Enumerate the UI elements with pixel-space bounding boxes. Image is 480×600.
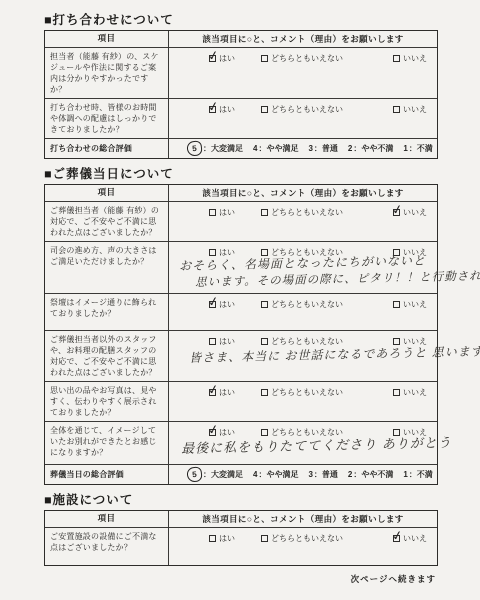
rating-5[interactable]: 5：大変満足 (187, 467, 243, 482)
option-neutral: どちらともいえない (261, 299, 343, 310)
option-neutral: どちらともいえない (261, 207, 343, 218)
option-no-label: いいえ (403, 533, 427, 544)
option-yes: はい (209, 207, 235, 218)
question-row-staff-response: ご葬儀担当者（能藤 有紗）の対応で、ご不安やご不満に思われた点はございましたか？… (45, 201, 437, 241)
checkbox-yes[interactable] (209, 338, 216, 345)
options-row: はい どちらともいえない いいえ (173, 384, 433, 398)
rating-5[interactable]: 5：大変満足 (187, 141, 243, 156)
continue-note: 次ページへ続きます (44, 573, 438, 585)
table-header-row: 項目 該当項目に○と、コメント（理由）をお願いします (45, 185, 437, 201)
question-row-facility-equipment: ご安置施設の設備にご不満な点はございましたか？ はい どちらともいえない いいえ (45, 527, 437, 565)
question-text: ご葬儀担当者以外のスタッフや、お料理の配膳スタッフの対応で、ご不安やご不満に思わ… (45, 331, 169, 381)
answer-cell: はい どちらともいえない いいえ (169, 528, 437, 565)
option-neutral: どちらともいえない (261, 387, 343, 398)
rating-4-label: ：やや満足 (258, 469, 298, 480)
checkbox-no[interactable] (393, 301, 400, 308)
checkbox-yes[interactable] (209, 55, 216, 62)
rating-1[interactable]: 1：不満 (402, 469, 432, 480)
option-yes-label: はい (219, 387, 235, 398)
rating-row-meeting: 打ち合わせの総合評価 5：大変満足 4：やや満足 3：普通 2：やや不満 1：不… (45, 138, 437, 158)
rating-3[interactable]: 3：普通 (307, 143, 337, 154)
option-yes-label: はい (219, 53, 235, 64)
option-neutral: どちらともいえない (261, 533, 343, 544)
rating-cell: 5：大変満足 4：やや満足 3：普通 2：やや不満 1：不満 (169, 465, 446, 484)
option-neutral: どちらともいえない (261, 53, 343, 64)
header-comment-column: 該当項目に○と、コメント（理由）をお願いします (169, 185, 437, 201)
checkbox-neutral[interactable] (261, 106, 268, 113)
question-row-altar: 祭壇はイメージ通りに飾られておりましたか？ はい どちらともいえない いいえ (45, 293, 437, 330)
answer-cell: はい どちらともいえない いいえ (169, 48, 437, 98)
option-yes: はい (209, 533, 235, 544)
section-title-meeting: ■打ち合わせについて (44, 13, 438, 27)
checkbox-yes[interactable] (209, 389, 216, 396)
option-yes-label: はい (219, 247, 235, 258)
rating-label: 打ち合わせの総合評価 (45, 139, 169, 158)
answer-cell: はい どちらともいえない いいえ 最後に私をもりたててくださり ありがとう (169, 422, 456, 464)
answer-cell: はい どちらともいえない いいえ (169, 99, 437, 138)
option-yes: はい (209, 387, 235, 398)
option-no-label: いいえ (403, 299, 427, 310)
rating-3-label: ：普通 (314, 143, 338, 154)
checkbox-no[interactable] (393, 338, 400, 345)
questionnaire-sheet: ■打ち合わせについて 項目 該当項目に○と、コメント（理由）をお願いします 担当… (44, 13, 438, 585)
option-no-label: いいえ (403, 207, 427, 218)
table-header-row: 項目 該当項目に○と、コメント（理由）をお願いします (45, 511, 437, 527)
rating-5-number: 5 (186, 466, 202, 482)
question-row-other-staff: ご葬儀担当者以外のスタッフや、お料理の配膳スタッフの対応で、ご不安やご不満に思わ… (45, 330, 437, 381)
option-neutral-label: どちらともいえない (271, 53, 343, 64)
rating-4[interactable]: 4：やや満足 (252, 143, 298, 154)
rating-2-label: ：やや不満 (353, 143, 393, 154)
question-row-mc-voice: 司会の進め方、声の大きさはご満足いただけましたか？ はい どちらともいえない い… (45, 241, 437, 293)
question-row-time-consideration: 打ち合わせ時、皆様のお時間や体調への配慮はしっかりできておりましたか？ はい ど… (45, 98, 437, 138)
section-title-funeral-day: ■ご葬儀当日について (44, 167, 438, 181)
checkbox-yes[interactable] (209, 429, 216, 436)
option-no-label: いいえ (403, 387, 427, 398)
rating-1[interactable]: 1：不満 (402, 143, 432, 154)
question-row-memorial-display: 思い出の品やお写真は、見やすく、伝わりやすく展示されておりましたか？ はい どち… (45, 381, 437, 421)
option-no: いいえ (393, 299, 427, 310)
options-row: はい どちらともいえない いいえ (173, 50, 433, 64)
option-no-label: いいえ (403, 104, 427, 115)
answer-cell: はい どちらともいえない いいえ (169, 202, 437, 241)
question-text: 思い出の品やお写真は、見やすく、伝わりやすく展示されておりましたか？ (45, 382, 169, 421)
option-neutral-label: どちらともいえない (271, 533, 343, 544)
checkbox-no[interactable] (393, 429, 400, 436)
options-row: はい どちらともいえない いいえ (173, 204, 433, 218)
checkbox-yes[interactable] (209, 301, 216, 308)
table-header-row: 項目 該当項目に○と、コメント（理由）をお願いします (45, 31, 437, 47)
option-yes: はい (209, 336, 235, 347)
checkbox-yes[interactable] (209, 535, 216, 542)
header-item-column: 項目 (45, 31, 169, 47)
rating-cell: 5：大変満足 4：やや満足 3：普通 2：やや不満 1：不満 (169, 139, 446, 158)
checkbox-yes[interactable] (209, 209, 216, 216)
rating-row-funeral-day: 葬儀当日の総合評価 5：大変満足 4：やや満足 3：普通 2：やや不満 1：不満 (45, 464, 437, 484)
question-text: 全体を通じて、イメージしていたお別れができたとお感じになりますか？ (45, 422, 169, 464)
header-comment-column: 該当項目に○と、コメント（理由）をお願いします (169, 31, 437, 47)
option-yes-label: はい (219, 207, 235, 218)
option-yes-label: はい (219, 336, 235, 347)
section-title-facility: ■施設について (44, 493, 438, 507)
options-row: はい どちらともいえない いいえ (173, 530, 433, 544)
option-neutral-label: どちらともいえない (271, 207, 343, 218)
header-comment-column: 該当項目に○と、コメント（理由）をお願いします (169, 511, 437, 527)
options-row: はい どちらともいえない いいえ (173, 296, 433, 310)
options-row: はい どちらともいえない いいえ (173, 101, 433, 115)
option-neutral-label: どちらともいえない (271, 299, 343, 310)
answer-cell: はい どちらともいえない いいえ (169, 382, 437, 421)
header-item-column: 項目 (45, 185, 169, 201)
option-no: いいえ (393, 53, 427, 64)
option-no: いいえ (393, 104, 427, 115)
rating-4-label: ：やや満足 (258, 143, 298, 154)
answer-cell: はい どちらともいえない いいえ (169, 294, 437, 330)
checkbox-no[interactable] (393, 389, 400, 396)
option-yes-label: はい (219, 533, 235, 544)
rating-label: 葬儀当日の総合評価 (45, 465, 169, 484)
answer-cell: はい どちらともいえない いいえ 皆さま、本当に お世話になるであろうと 思いま… (169, 331, 480, 381)
option-neutral: どちらともいえない (261, 104, 343, 115)
checkbox-no[interactable] (393, 535, 400, 542)
option-yes-label: はい (219, 427, 235, 438)
option-yes-label: はい (219, 104, 235, 115)
rating-1-label: ：不満 (409, 469, 433, 480)
option-yes: はい (209, 104, 235, 115)
option-neutral-label: どちらともいえない (271, 427, 343, 438)
rating-scale: 5：大変満足 4：やや満足 3：普通 2：やや不満 1：不満 (173, 141, 442, 156)
checkbox-yes[interactable] (209, 249, 216, 256)
checkbox-neutral[interactable] (261, 249, 268, 256)
option-no: いいえ (393, 207, 427, 218)
checkbox-neutral[interactable] (261, 338, 268, 345)
checkbox-neutral[interactable] (261, 301, 268, 308)
option-yes: はい (209, 427, 235, 438)
rating-2[interactable]: 2：やや不満 (347, 143, 393, 154)
question-row-schedule-guidance: 担当者（能藤 有紗）の、スケジュールや作法に関するご案内は分かりやすかったですか… (45, 47, 437, 98)
option-neutral: どちらともいえない (261, 336, 343, 347)
option-neutral-label: どちらともいえない (271, 336, 343, 347)
option-yes-label: はい (219, 299, 235, 310)
option-yes: はい (209, 53, 235, 64)
rating-5-label: ：大変満足 (203, 143, 243, 154)
answer-cell: はい どちらともいえない いいえ おそらく、名場面となったにちがいないと 思いま… (169, 242, 480, 293)
rating-3-label: ：普通 (314, 469, 338, 480)
table-funeral-day: 項目 該当項目に○と、コメント（理由）をお願いします ご葬儀担当者（能藤 有紗）… (44, 184, 438, 485)
rating-2[interactable]: 2：やや不満 (347, 469, 393, 480)
question-text: ご葬儀担当者（能藤 有紗）の対応で、ご不安やご不満に思われた点はございましたか？ (45, 202, 169, 241)
handwritten-comment-line1: 皆さま、本当に お世話になるであろうと 思います (189, 344, 480, 366)
checkbox-no[interactable] (393, 209, 400, 216)
checkbox-no[interactable] (393, 55, 400, 62)
checkbox-neutral[interactable] (261, 535, 268, 542)
option-neutral: どちらともいえない (261, 427, 343, 438)
header-item-column: 項目 (45, 511, 169, 527)
question-text: 祭壇はイメージ通りに飾られておりましたか？ (45, 294, 169, 330)
option-no: いいえ (393, 533, 427, 544)
rating-2-label: ：やや不満 (353, 469, 393, 480)
rating-scale: 5：大変満足 4：やや満足 3：普通 2：やや不満 1：不満 (173, 467, 442, 482)
rating-1-label: ：不満 (409, 143, 433, 154)
option-no: いいえ (393, 387, 427, 398)
option-yes: はい (209, 299, 235, 310)
rating-5-label: ：大変満足 (203, 469, 243, 480)
checkbox-neutral[interactable] (261, 389, 268, 396)
question-row-overall-farewell: 全体を通じて、イメージしていたお別れができたとお感じになりますか？ はい どちら… (45, 421, 437, 464)
question-text: 打ち合わせ時、皆様のお時間や体調への配慮はしっかりできておりましたか？ (45, 99, 169, 138)
rating-4[interactable]: 4：やや満足 (252, 469, 298, 480)
checkbox-no[interactable] (393, 106, 400, 113)
checkbox-neutral[interactable] (261, 429, 268, 436)
option-no-label: いいえ (403, 53, 427, 64)
table-facility: 項目 該当項目に○と、コメント（理由）をお願いします ご安置施設の設備にご不満な… (44, 510, 438, 566)
option-neutral-label: どちらともいえない (271, 104, 343, 115)
checkbox-yes[interactable] (209, 106, 216, 113)
checkbox-neutral[interactable] (261, 55, 268, 62)
rating-3[interactable]: 3：普通 (307, 469, 337, 480)
question-text: 担当者（能藤 有紗）の、スケジュールや作法に関するご案内は分かりやすかったですか… (45, 48, 169, 98)
handwritten-comment-line1: 最後に私をもりたててくださり ありがとう (181, 435, 452, 458)
checkbox-neutral[interactable] (261, 209, 268, 216)
question-text: 司会の進め方、声の大きさはご満足いただけましたか？ (45, 242, 169, 293)
question-text: ご安置施設の設備にご不満な点はございましたか？ (45, 528, 169, 565)
rating-5-number: 5 (186, 140, 202, 156)
table-meeting: 項目 該当項目に○と、コメント（理由）をお願いします 担当者（能藤 有紗）の、ス… (44, 30, 438, 159)
option-yes: はい (209, 247, 235, 258)
option-neutral-label: どちらともいえない (271, 387, 343, 398)
